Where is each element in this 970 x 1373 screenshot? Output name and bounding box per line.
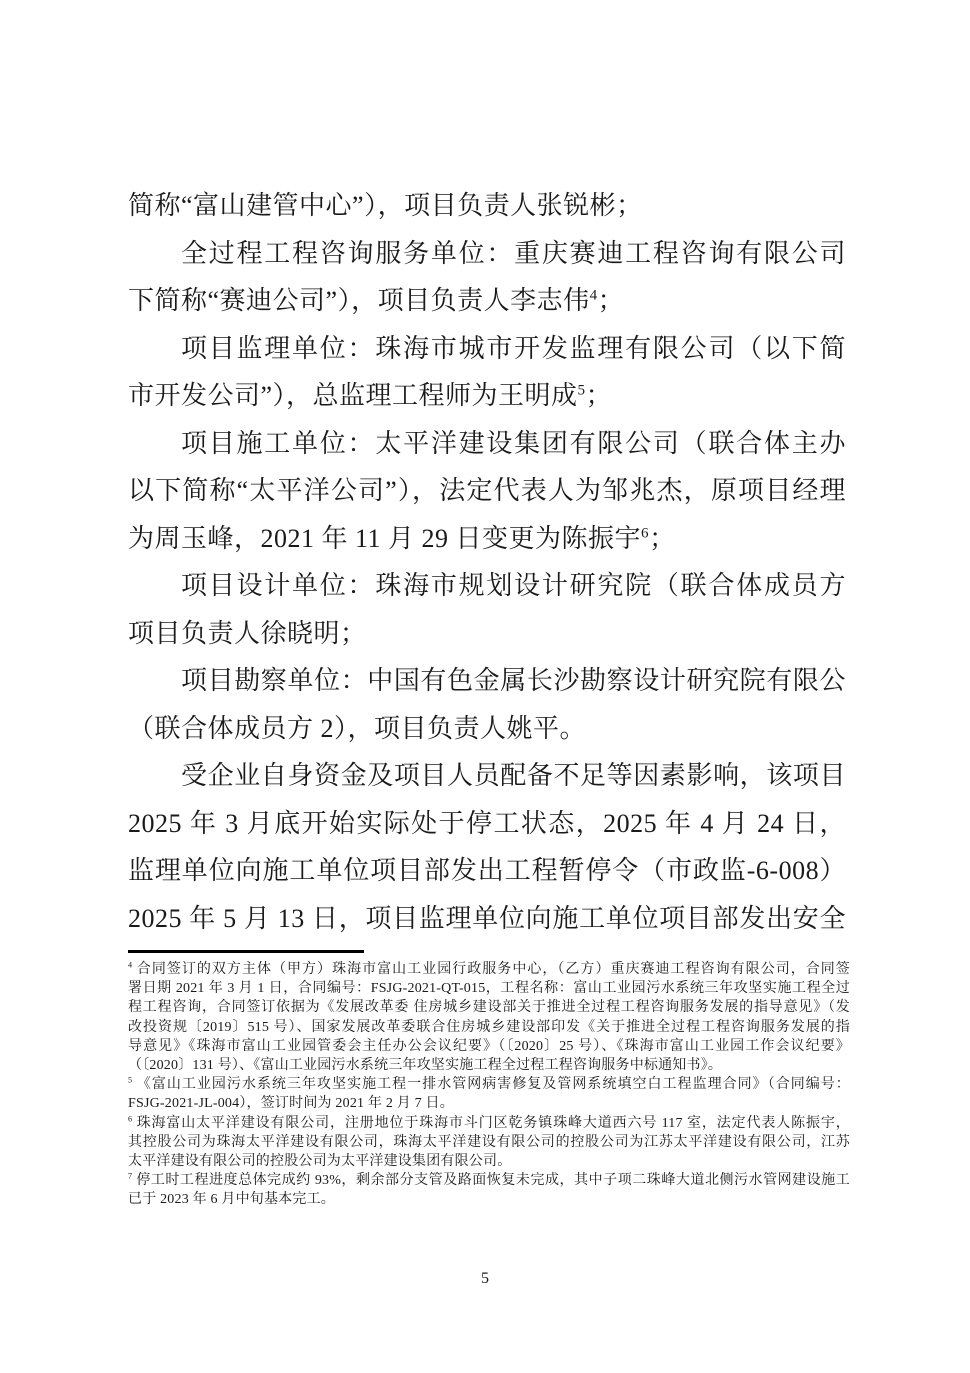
footnote-line: 改投资规〔2019〕515 号）、国家发展改革委联合住房城乡建设部印发《关于推进… [128,1018,850,1037]
footnote-line: 署日期 2021 年 3 月 1 日，合同编号：FSJG-2021-QT-015… [128,979,850,998]
footnote-line: 6 珠海富山太平洋建设有限公司，注册地位于珠海市斗门区乾务镇珠峰大道西六号 11… [128,1114,850,1133]
body-line: 以下简称“太平洋公司”），法定代表人为邹兆杰，原项目经理 [128,467,846,515]
body-line: 监理单位向施工单位项目部发出工程暂停令（市政监-6-008）7， [128,847,846,895]
footnote-line: （〔2020〕131 号）、《富山工业园污水系统三年攻坚实施工程全过程工程咨询服… [128,1056,850,1075]
footnote-reference: 5 [578,382,586,398]
body-line: 市开发公司”），总监理工程师为王明成5； [128,372,846,420]
footnote-line: 4 合同签订的双方主体（甲方）珠海市富山工业园行政服务中心，（乙方）重庆赛迪工程… [128,960,850,979]
footnote-line: 7 停工时工程进度总体完成约 93%，剩余部分支管及路面恢复未完成，其中子项二珠… [128,1171,850,1190]
footnote-line: 程工程咨询，合同签订依据为《发展改革委 住房城乡建设部关于推进全过程工程咨询服务… [128,998,850,1017]
body-line: 全过程工程咨询服务单位：重庆赛迪工程咨询有限公司（以 [128,230,846,278]
body-line: 为周玉峰，2021 年 11 月 29 日变更为陈振宇6； [128,515,846,563]
body-line: 受企业自身资金及项目人员配备不足等因素影响，该项目自 [128,752,846,800]
footnote-separator [128,950,364,953]
footnote-line: 太平洋建设有限公司的控股公司为太平洋建设集团有限公司。 [128,1152,850,1171]
footnote-marker: 5 [128,1076,132,1085]
body-line: 项目勘察单位：中国有色金属长沙勘察设计研究院有限公司 [128,657,846,705]
body-line: （联合体成员方 2），项目负责人姚平。 [128,705,846,753]
body-line: 2025 年 5 月 13 日，项目监理单位向施工单位项目部发出安全隐 [128,895,846,943]
footnote-reference: 6 [641,525,649,541]
body-line: 2025 年 3 月底开始实际处于停工状态，2025 年 4 月 24 日，项目 [128,800,846,848]
footnote-line: 导意见》《珠海市富山工业园管委会主任办公会议纪要》（〔2020〕25 号）、《珠… [128,1037,850,1056]
body-line: 项目设计单位：珠海市规划设计研究院（联合体成员方 1）， [128,562,846,610]
page-number: 5 [0,1270,970,1288]
footnote-marker: 6 [128,1114,132,1123]
body-line: 简称“富山建管中心”），项目负责人张锐彬； [128,182,846,230]
document-page: 简称“富山建管中心”），项目负责人张锐彬；全过程工程咨询服务单位：重庆赛迪工程咨… [0,0,970,1373]
body-line: 项目负责人徐晓明； [128,610,846,658]
footnotes: 4 合同签订的双方主体（甲方）珠海市富山工业园行政服务中心，（乙方）重庆赛迪工程… [128,960,850,1210]
body-line: 项目施工单位：太平洋建设集团有限公司（联合体主办方， [128,420,846,468]
footnote-marker: 7 [128,1172,132,1181]
body-text: 简称“富山建管中心”），项目负责人张锐彬；全过程工程咨询服务单位：重庆赛迪工程咨… [128,182,846,942]
footnote-line: 其控股公司为珠海太平洋建设有限公司，珠海太平洋建设有限公司的控股公司为江苏太平洋… [128,1133,850,1152]
footnote-line: 已于 2023 年 6 月中旬基本完工。 [128,1190,850,1209]
body-line: 下简称“赛迪公司”），项目负责人李志伟4； [128,277,846,325]
footnote-line: FSJG-2021-JL-004），签订时间为 2021 年 2 月 7 日。 [128,1094,850,1113]
footnote-marker: 4 [128,960,132,969]
body-line: 项目监理单位：珠海市城市开发监理有限公司（以下简称“城 [128,325,846,373]
footnote-reference: 4 [590,287,598,303]
footnote-line: 5 《富山工业园污水系统三年攻坚实施工程一排水管网病害修复及管网系统填空白工程监… [128,1075,850,1094]
